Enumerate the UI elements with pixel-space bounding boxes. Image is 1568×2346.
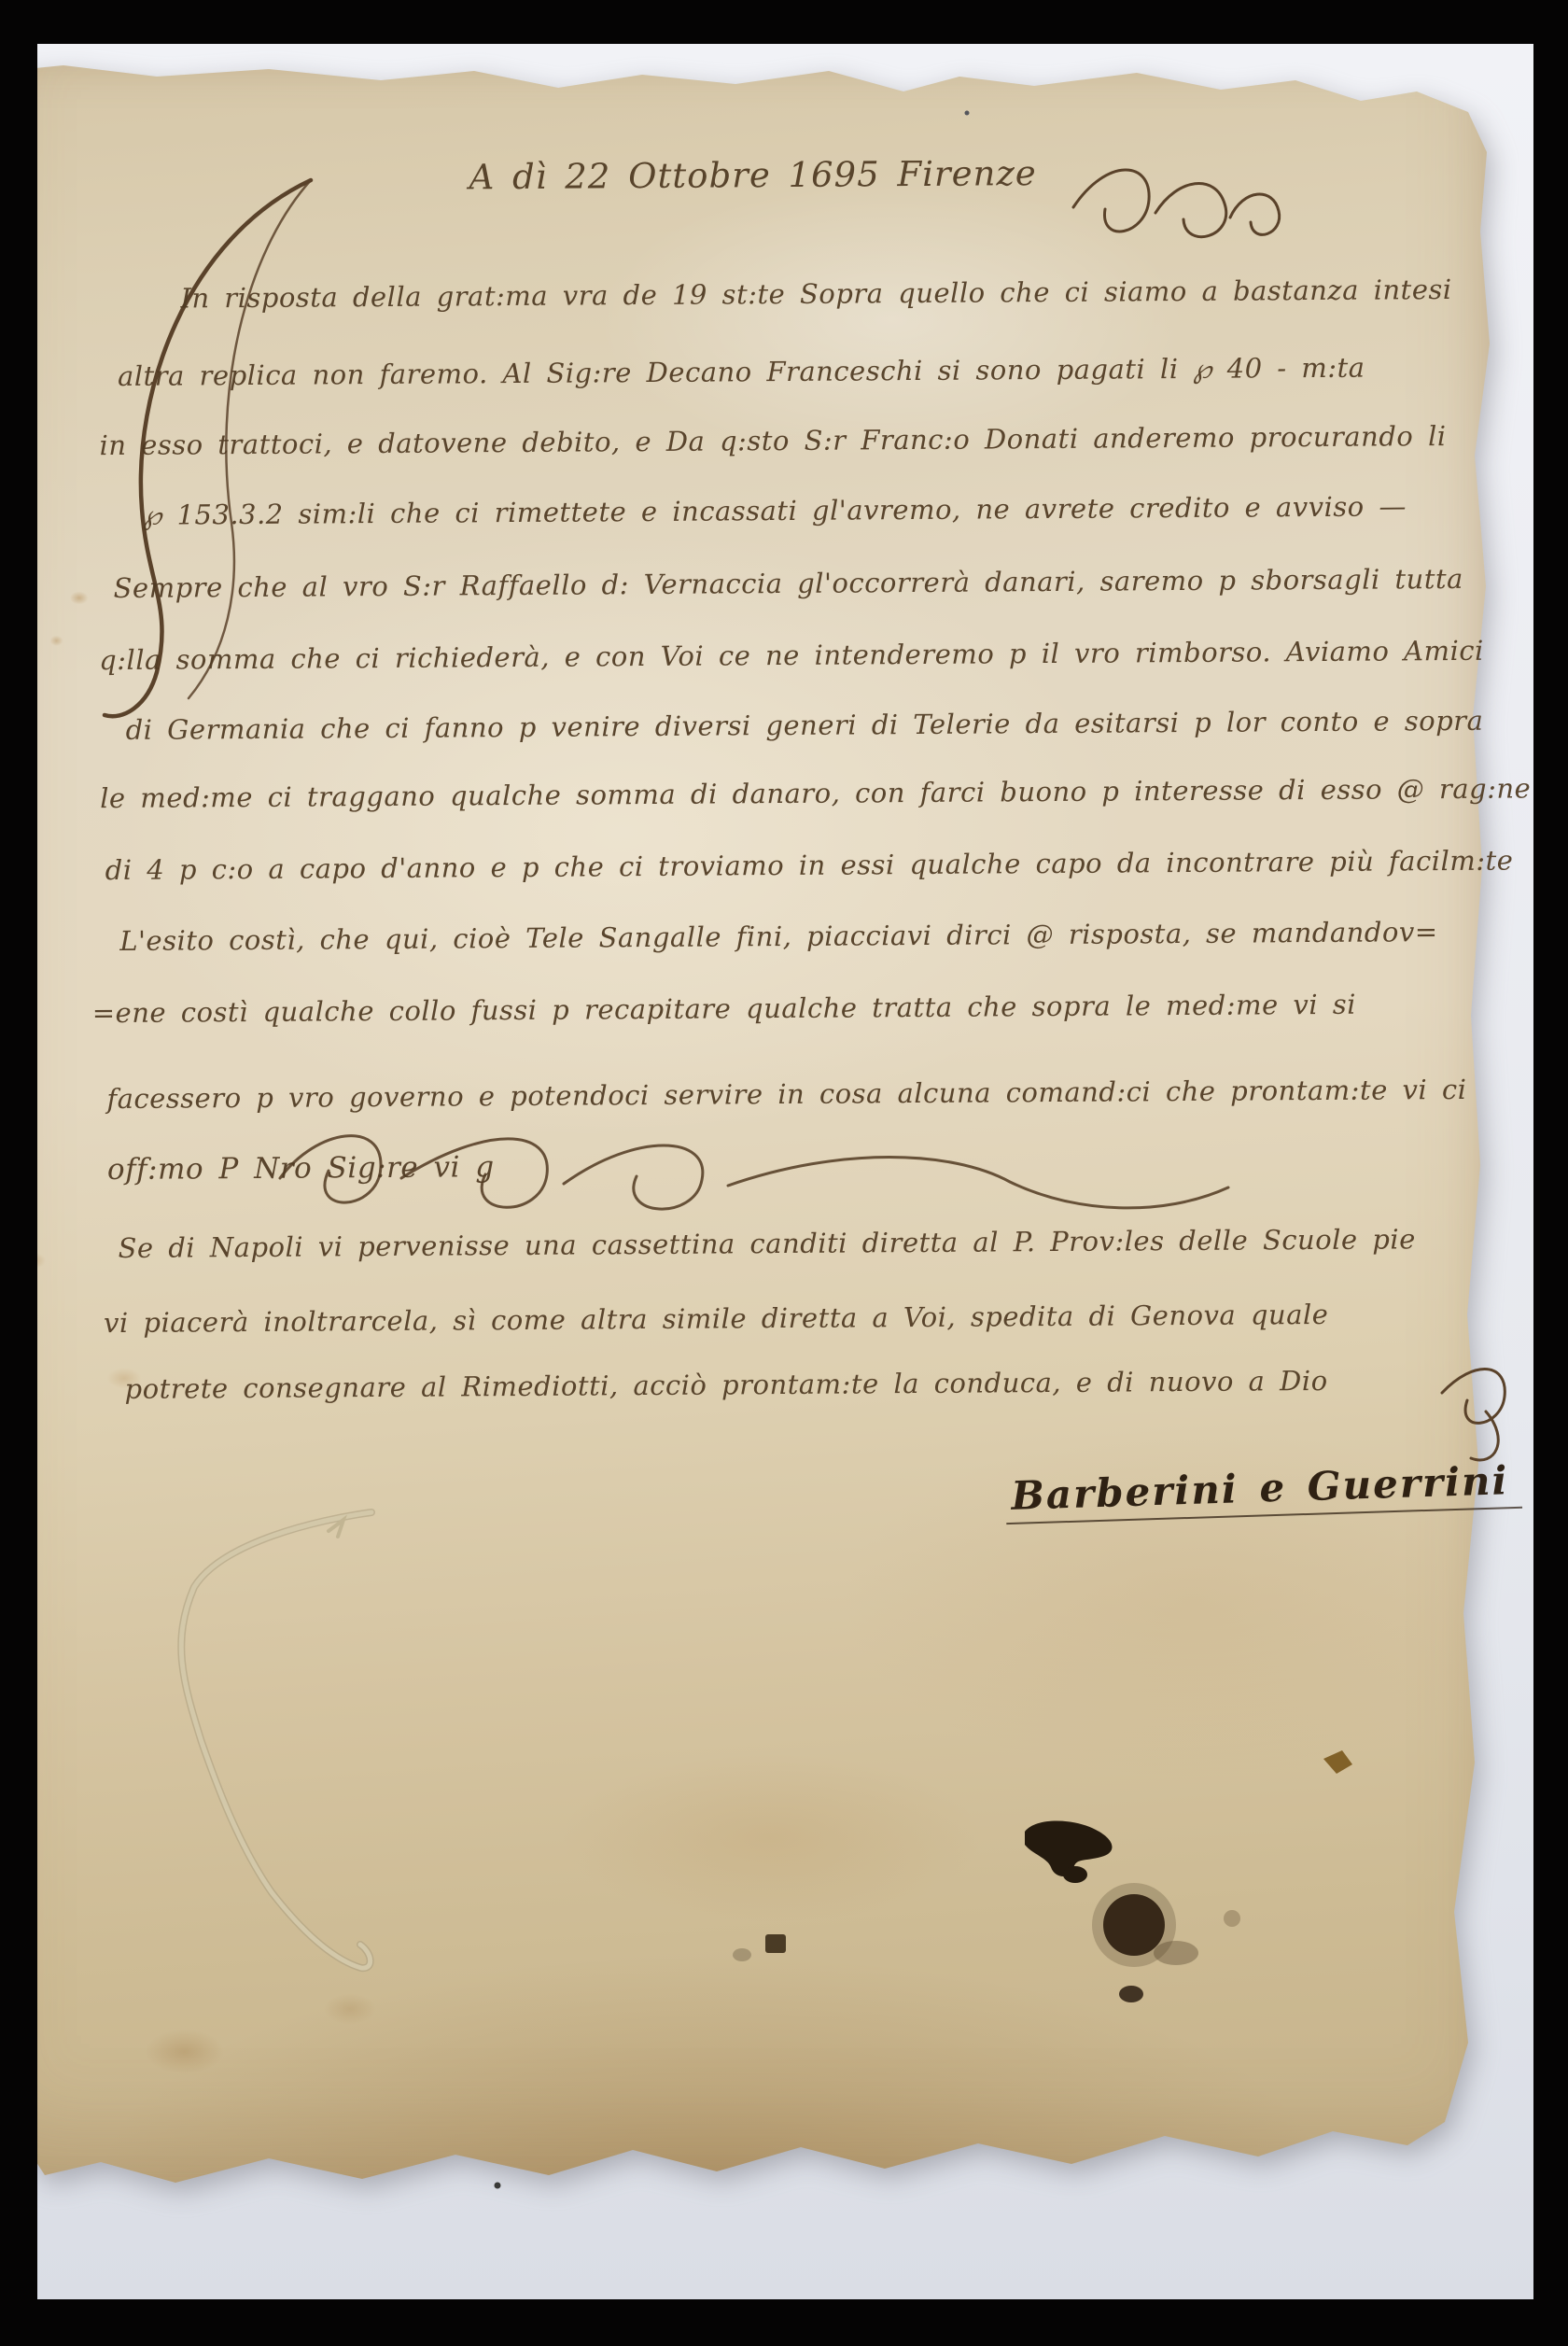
letter-dateline: A dì 22 Ottobre 1695 Firenze bbox=[469, 155, 1036, 196]
letter-text: A dì 22 Ottobre 1695 Firenze In risposta… bbox=[0, 0, 1568, 2346]
letter-line: facessero p vro governo e potendoci serv… bbox=[106, 1071, 1466, 1117]
postscript-line: vi piacerà inoltrarcela, sì come altra s… bbox=[104, 1296, 1329, 1342]
letter-line: L'esito costì, che qui, cioè Tele Sangal… bbox=[119, 913, 1438, 960]
manuscript-photo: { "photo": { "description": "aged handwr… bbox=[0, 0, 1568, 2346]
letter-line: In risposta della grat:ma vra de 19 st:t… bbox=[180, 271, 1451, 317]
letter-line: Sempre che al vro S:r Raffaello d: Verna… bbox=[113, 560, 1463, 607]
postscript-line: Se di Napoli vi pervenisse una cassettin… bbox=[118, 1220, 1416, 1267]
letter-line: q:lla somma che ci richiederà, e con Voi… bbox=[99, 632, 1484, 679]
letter-line: =ene costì qualche collo fussi p recapit… bbox=[92, 986, 1356, 1032]
letter-line: ℘ 153.3.2 sim:li che ci rimettete e inca… bbox=[143, 487, 1407, 533]
letter-line: di 4 p c:o a capo d'anno e p che ci trov… bbox=[105, 842, 1514, 890]
postscript-line: potrete consegnare al Rimediotti, acciò … bbox=[124, 1362, 1327, 1408]
signature: Barberini e Guerrini bbox=[1005, 1462, 1523, 1524]
letter-line: altra replica non faremo. Al Sig:re Deca… bbox=[118, 349, 1365, 395]
letter-line: in esso trattoci, e datovene debito, e D… bbox=[99, 417, 1446, 464]
letter-line: le med:me ci traggano qualche somma di d… bbox=[100, 769, 1531, 817]
letter-closing: off:mo P Nro Sig:re vi g bbox=[107, 1148, 495, 1188]
letter-line: di Germania che ci fanno p venire divers… bbox=[126, 702, 1484, 749]
